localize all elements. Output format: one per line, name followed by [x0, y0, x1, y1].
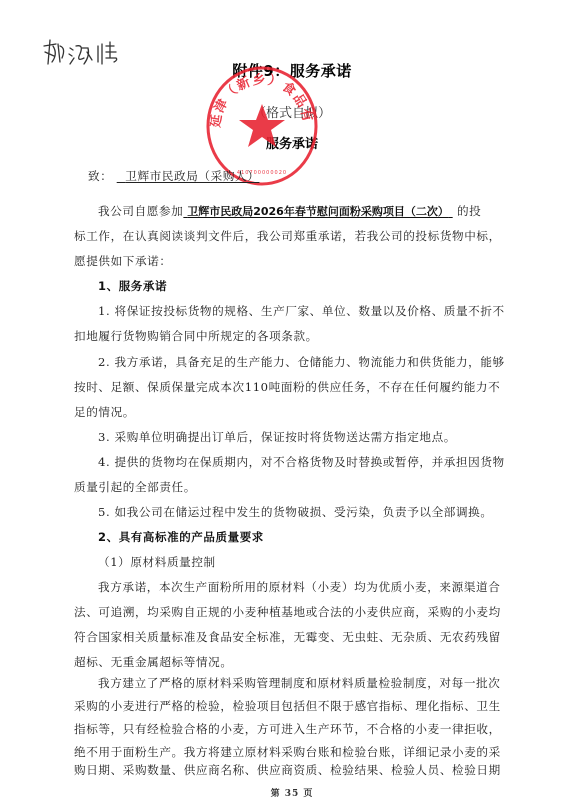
paragraph-2-line-1: 我方建立了严格的原材料采购管理制度和原材料质量检验制度，对每一批次: [98, 675, 500, 691]
section-1-heading: 1、服务承诺: [98, 278, 167, 294]
commitment-3-line-1: 3. 采购单位明确提出订单后，保证按时将货物送达需方指定地点。: [98, 429, 456, 445]
page-title: 附件9：服务承诺: [0, 60, 584, 81]
commitment-1-line-2: 扣地履行货物购销合同中所规定的各项条款。: [74, 328, 318, 344]
paragraph-1-line-3: 符合国家相关质量标准及食品安全标准，无霉变、无虫蛀、无杂质、无农药残留: [74, 629, 501, 645]
paragraph-1-line-1: 我方承诺，本次生产面粉所用的原材料（小麦）均为优质小麦，来源渠道合: [98, 579, 500, 595]
section-2-subheading: （1）原材料质量控制: [98, 554, 216, 570]
paragraph-2-line-2: 采购的小麦进行严格的检验，检验项目包括但不限于感官指标、理化指标、卫生: [74, 698, 501, 714]
commitment-5-line-1: 5. 如我公司在储运过程中发生的货物破损、受污染，负责予以全部调换。: [98, 504, 493, 520]
intro-line-3: 愿提供如下承诺：: [74, 253, 172, 269]
page-number: 第 35 页: [0, 786, 584, 799]
intro-line-1: 我公司自愿参加 卫辉市民政局2026年春节慰问面粉采购项目（二次） 的投: [98, 203, 481, 219]
commitment-4-line-2: 质量引起的全部责任。: [74, 479, 196, 495]
paragraph-1-line-4: 超标、无重金属超标等情况。: [74, 654, 233, 670]
addressee-prefix: 致：: [88, 169, 112, 183]
commitment-2-line-1: 2. 我方承诺，具备充足的生产能力、仓储能力、物流能力和供货能力，能够: [98, 354, 505, 370]
commitment-2-line-2: 按时、足额、保质保量完成本次110吨面粉的供应任务，不存在任何履约能力不: [74, 379, 500, 395]
project-name: 卫辉市民政局2026年春节慰问面粉采购项目（二次）: [183, 205, 452, 218]
format-note: （格式自拟）: [0, 102, 584, 121]
section-title: 服务承诺: [0, 133, 584, 152]
document-page: 附件9：服务承诺 （格式自拟） 服务承诺 延津（新乡）食品有限公司 410700…: [0, 0, 584, 802]
paragraph-2-line-3: 指标等，只有经检验合格的小麦，方可进入生产环节，不合格的小麦一律拒收，: [74, 721, 501, 737]
paragraph-2-line-5: 购日期、采购数量、供应商名称、供应商资质、检验结果、检验人员、检验日期: [74, 762, 501, 778]
section-2-heading: 2、具有高标准的产品质量要求: [98, 529, 264, 545]
commitment-2-line-3: 足的情况。: [74, 404, 135, 420]
commitment-4-line-1: 4. 提供的货物均在保质期内，对不合格货物及时替换或暂停，并承担因货物: [98, 454, 505, 470]
paragraph-2-line-4: 绝不用于面粉生产。我方将建立原材料采购台账和检验台账，详细记录小麦的采: [74, 744, 501, 760]
commitment-1-line-1: 1. 将保证按投标货物的规格、生产厂家、单位、数量以及价格、质量不折不: [98, 303, 505, 319]
paragraph-1-line-2: 法、可追溯，均采购自正规的小麦种植基地或合法的小麦供应商，采购的小麦均: [74, 604, 501, 620]
addressee-line: 致： 卫辉市民政局（采购人）: [88, 168, 259, 184]
addressee-name: 卫辉市民政局（采购人）: [117, 169, 260, 183]
intro-line-2: 标工作，在认真阅读谈判文件后，我公司郑重承诺，若我公司的投标货物中标，: [74, 228, 501, 244]
